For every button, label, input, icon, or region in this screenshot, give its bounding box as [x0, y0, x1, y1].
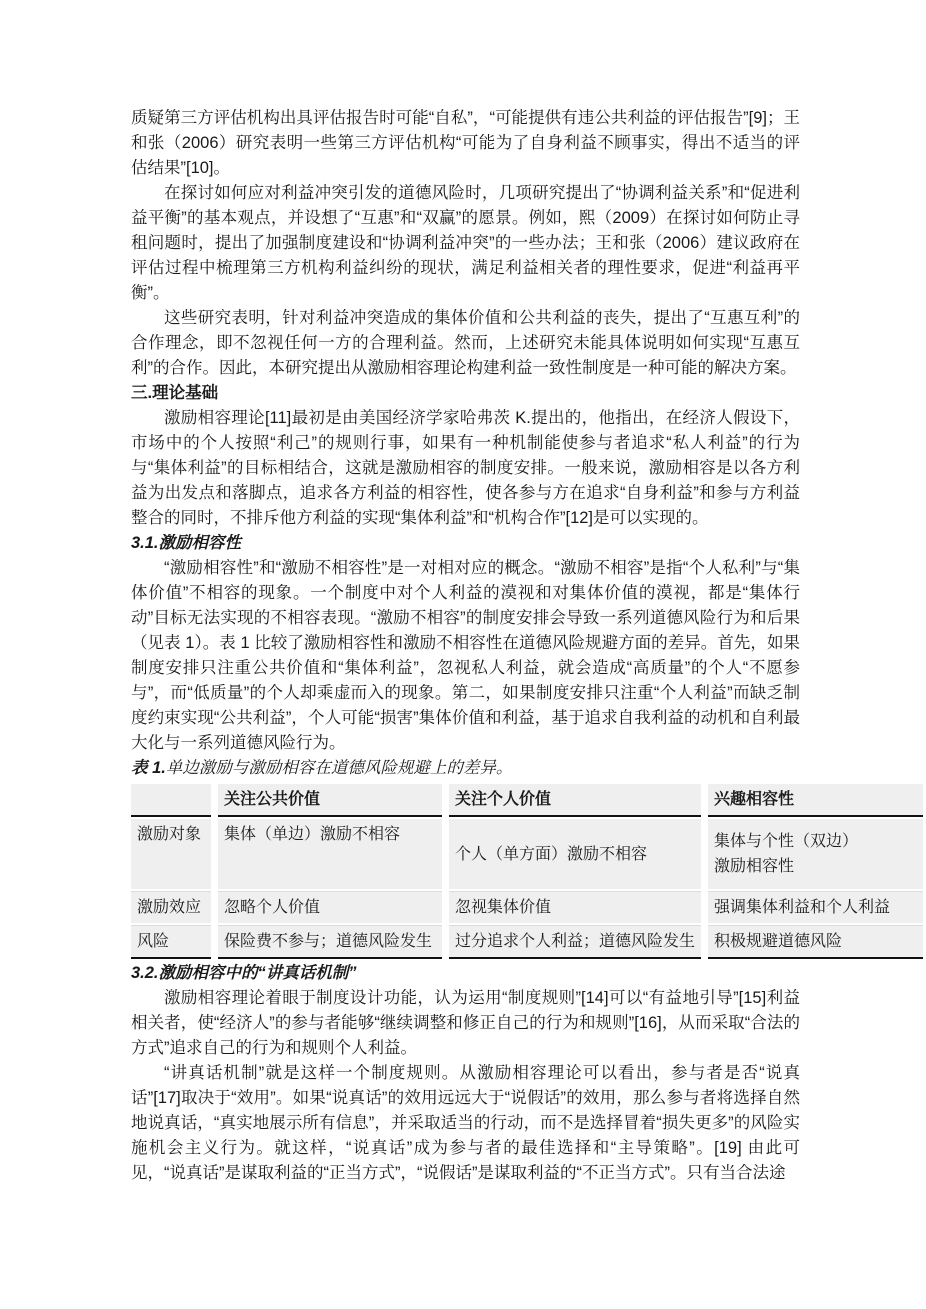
table-header-empty [131, 784, 211, 817]
subsection-heading-3-2: 3.2.激励相容中的“讲真话机制” [131, 961, 800, 986]
table-cell: 保险费不参与；道德风险发生 [218, 925, 442, 959]
table-cell: 集体（单边）激励不相容 [218, 819, 442, 889]
paper-page: 质疑第三方评估机构出具评估报告时可能“自私”，“可能提供有违公共利益的评估报告”… [0, 0, 926, 1309]
table-cell: 忽视集体价值 [449, 891, 701, 923]
row-label: 激励对象 [131, 819, 211, 889]
table-row: 激励效应 忽略个人价值 忽视集体价值 强调集体利益和个人利益 [131, 891, 923, 923]
paragraph: 在探讨如何应对利益冲突引发的道德风险时，几项研究提出了“协调利益关系”和“促进利… [131, 181, 800, 306]
table-header-interest-compatibility: 兴趣相容性 [708, 784, 923, 817]
paragraph-continuation: 质疑第三方评估机构出具评估报告时可能“自私”，“可能提供有违公共利益的评估报告”… [131, 106, 800, 181]
table-cell: 强调集体利益和个人利益 [708, 891, 923, 923]
paragraph: 这些研究表明，针对利益冲突造成的集体价值和公共利益的丧失，提出了“互惠互利”的合… [131, 306, 800, 381]
table-cell: 集体与个性（双边） 激励相容性 [708, 819, 923, 889]
table-row: 激励对象 集体（单边）激励不相容 个人（单方面）激励不相容 集体与个性（双边） … [131, 819, 923, 889]
document-body: 质疑第三方评估机构出具评估报告时可能“自私”，“可能提供有违公共利益的评估报告”… [131, 106, 800, 1186]
paragraph: “讲真话机制”就是这样一个制度规则。从激励相容理论可以看出，参与者是否“说真话”… [131, 1061, 800, 1186]
table-1: 关注公共价值 关注个人价值 兴趣相容性 激励对象 集体（单边）激励不相容 个人（… [124, 782, 926, 961]
table-cell: 个人（单方面）激励不相容 [449, 819, 701, 889]
table-cell: 忽略个人价值 [218, 891, 442, 923]
table-header-public-value: 关注公共价值 [218, 784, 442, 817]
table-cell: 过分追求个人利益；道德风险发生 [449, 925, 701, 959]
subsection-heading-3-1: 3.1.激励相容性 [131, 531, 800, 556]
row-label: 风险 [131, 925, 211, 959]
table-cell: 积极规避道德风险 [708, 925, 923, 959]
paragraph: 激励相容理论着眼于制度设计功能，认为运用“制度规则”[14]可以“有益地引导”[… [131, 986, 800, 1061]
table-row: 风险 保险费不参与；道德风险发生 过分追求个人利益；道德风险发生 积极规避道德风… [131, 925, 923, 959]
table-caption-label: 表 1. [131, 759, 166, 777]
row-label: 激励效应 [131, 891, 211, 923]
section-heading-theory-basis: 三.理论基础 [131, 381, 800, 406]
table-header-personal-value: 关注个人价值 [449, 784, 701, 817]
table-caption: 表 1.单边激励与激励相容在道德风险规避上的差异。 [131, 756, 800, 781]
paragraph: “激励相容性”和“激励不相容性”是一对相对应的概念。“激励不相容”是指“个人私利… [131, 556, 800, 756]
paragraph: 激励相容理论[11]最初是由美国经济学家哈弗茨 K.提出的，他指出，在经济人假设… [131, 406, 800, 531]
table-caption-text: 单边激励与激励相容在道德风险规避上的差异。 [166, 759, 513, 777]
table-header-row: 关注公共价值 关注个人价值 兴趣相容性 [131, 784, 923, 817]
